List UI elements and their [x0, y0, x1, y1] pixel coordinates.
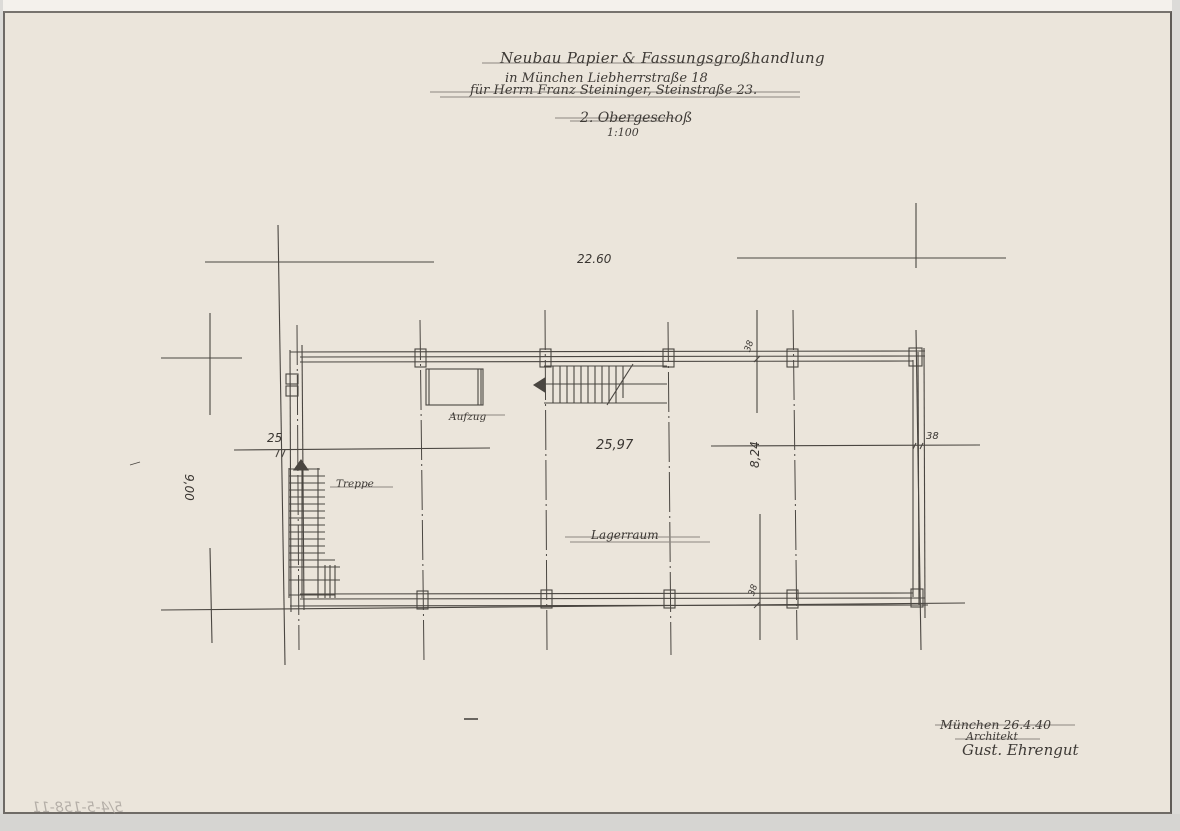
elevator-shaft — [426, 369, 483, 405]
top-wall — [290, 351, 925, 362]
dimension-wall-right: 38 — [926, 431, 939, 442]
title-line-1: Neubau Papier & Fassungsgroßhandlung — [500, 49, 825, 67]
floor-label: 2. Obergeschoß — [580, 110, 692, 126]
extension-lines — [130, 203, 1006, 719]
label-underlines — [330, 415, 1075, 739]
signature-name: Gust. Ehrengut — [962, 741, 1079, 759]
dimension-inner-length: 25,97 — [596, 438, 633, 453]
scale-label: 1:100 — [607, 126, 639, 139]
top-columns — [286, 348, 922, 396]
dimension-inner-depth: 8,24 — [748, 441, 762, 468]
dimension-overall-depth: 9,00 — [182, 474, 196, 501]
room-label-stair: Treppe — [336, 478, 374, 490]
title-line-3: für Herrn Franz Steininger, Steinstraße … — [470, 83, 757, 98]
center-staircase — [534, 364, 667, 405]
right-wall — [913, 348, 925, 618]
dimension-overall-length: 22.60 — [577, 252, 611, 266]
dimension-wall-left: 25 — [267, 431, 282, 445]
archive-mark: 5/4-5-158-11 — [32, 800, 123, 816]
left-staircase — [289, 460, 340, 598]
room-label-elevator: Aufzug — [449, 411, 486, 423]
room-label-storage: Lagerraum — [591, 528, 659, 542]
